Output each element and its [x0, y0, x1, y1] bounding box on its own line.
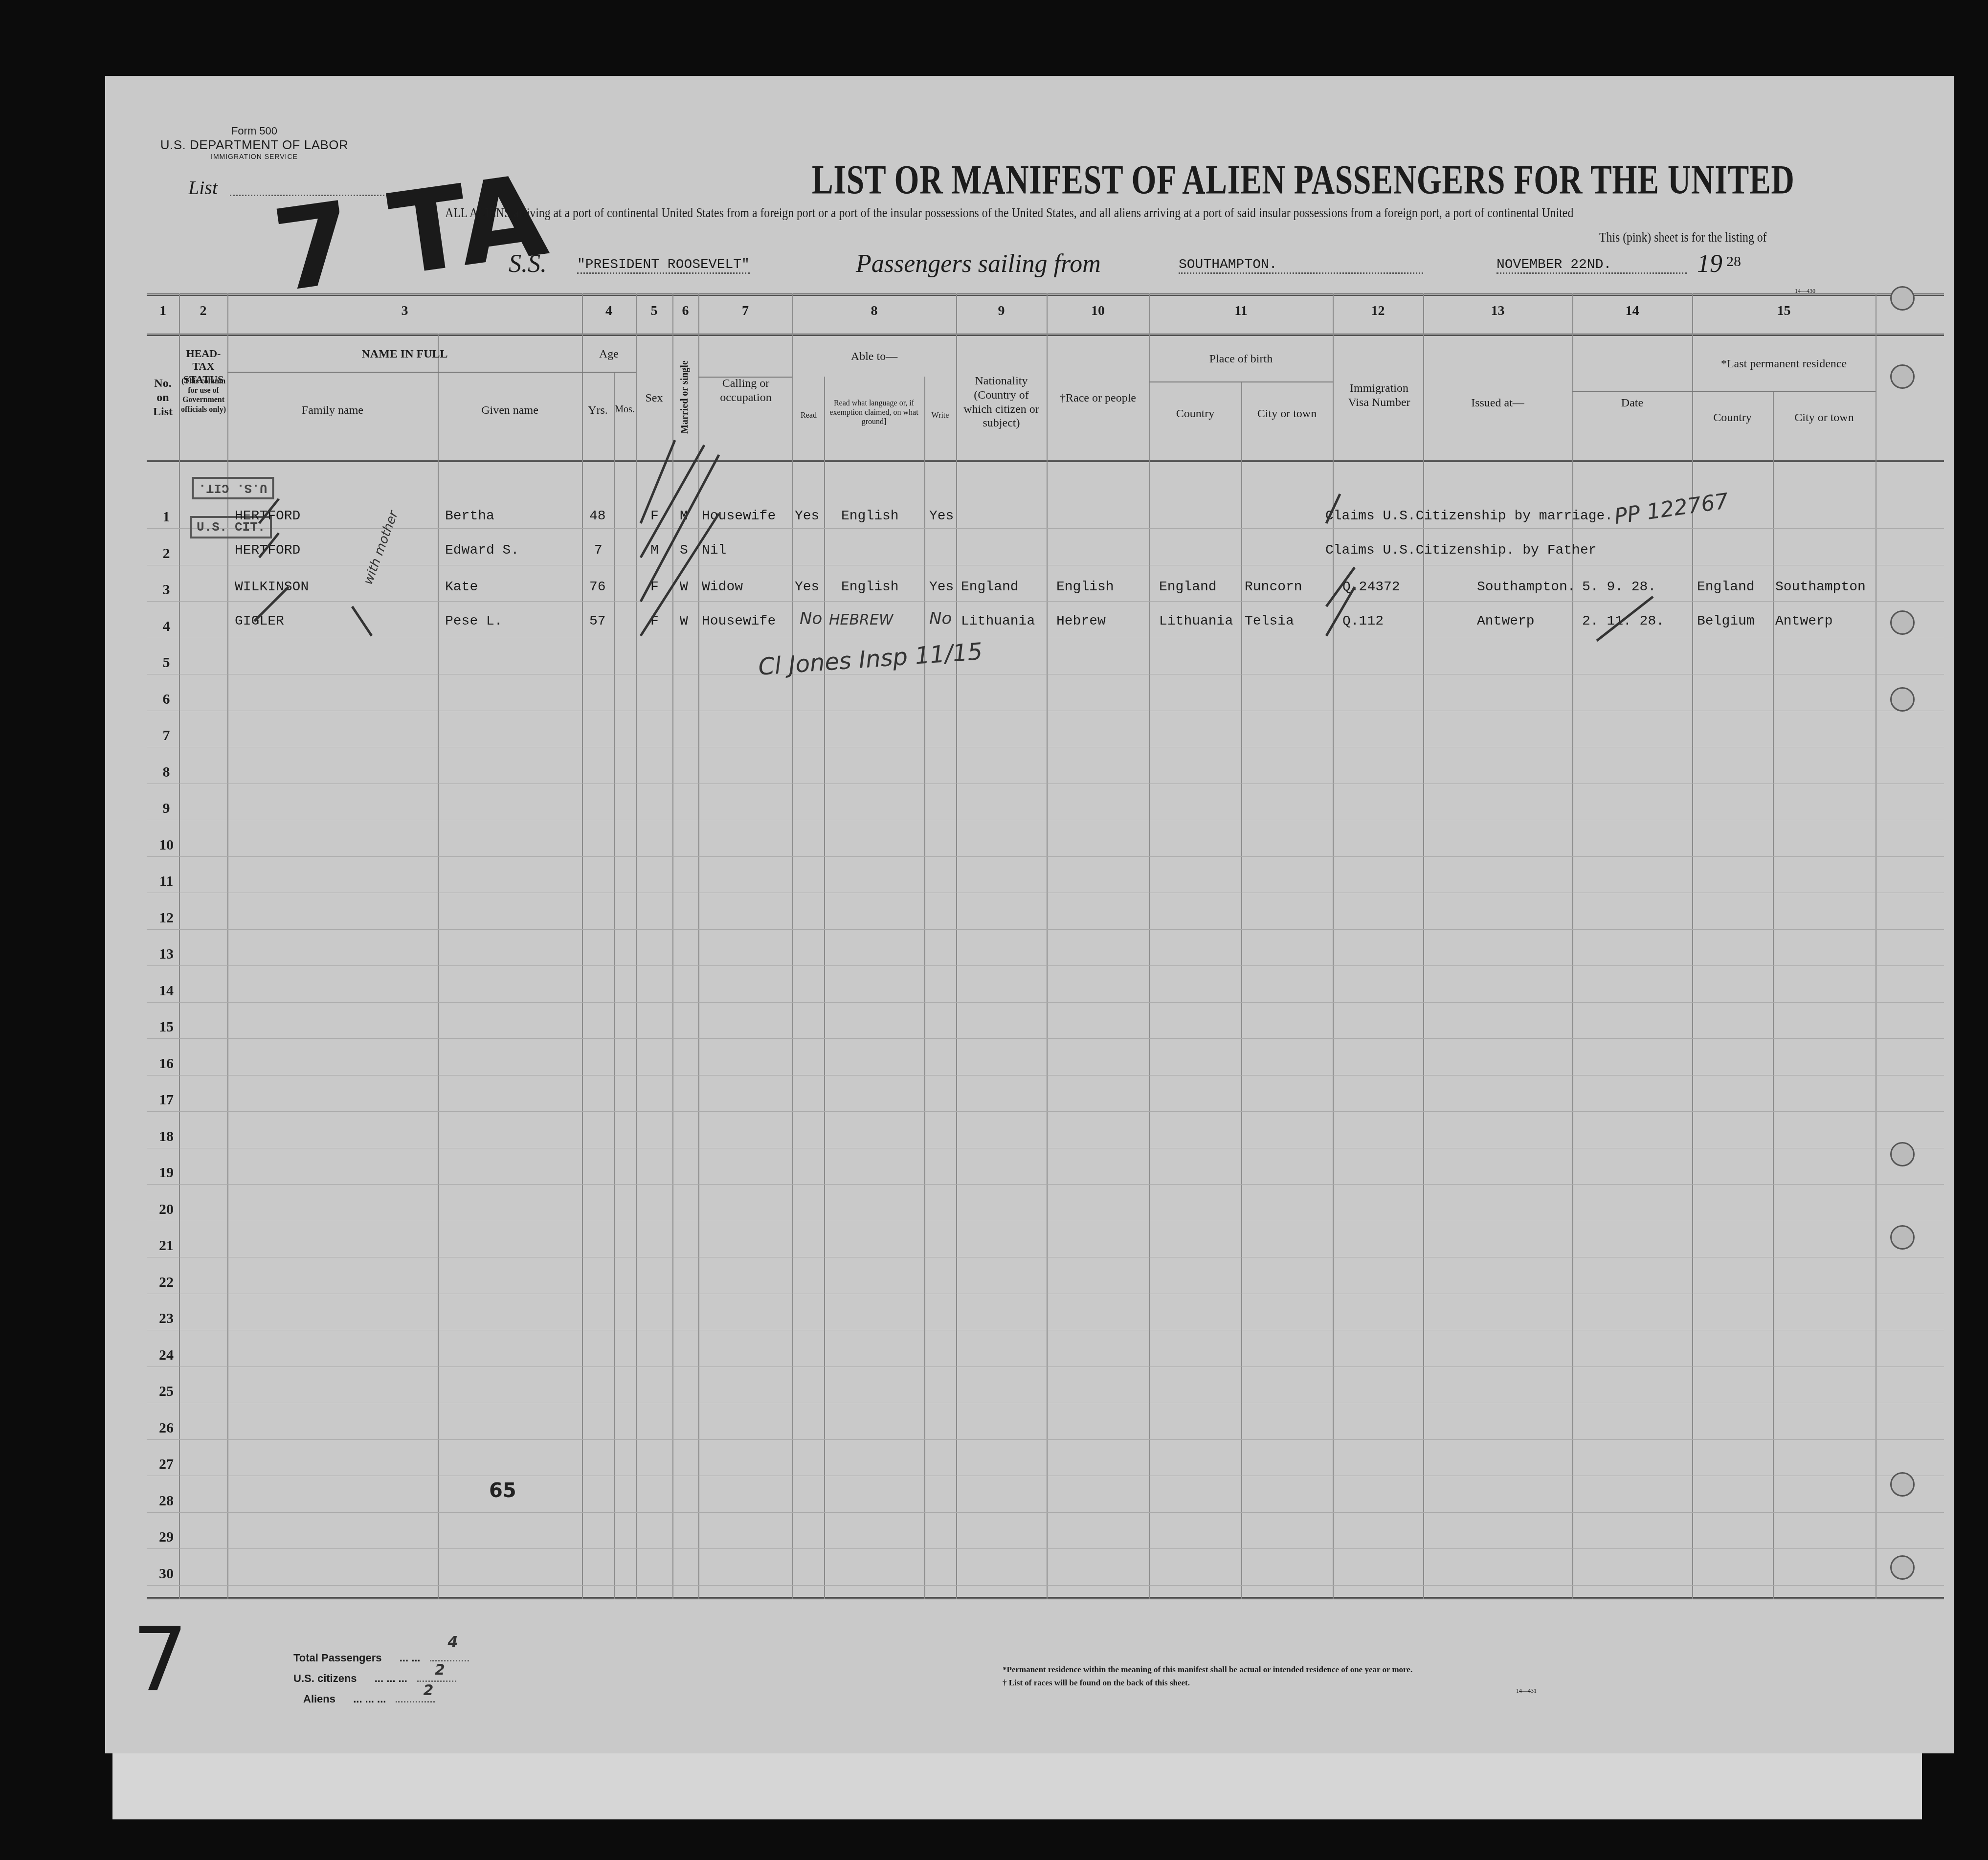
form-number: Form 500 — [152, 125, 357, 137]
row-rule — [147, 747, 1944, 747]
row-rule — [147, 1367, 1944, 1367]
binder-hole — [1890, 1472, 1915, 1497]
row-number: 15 — [147, 1019, 186, 1035]
binder-hole — [1890, 286, 1915, 311]
subtitle-line-1: ALL ALIENS arriving at a port of contine… — [445, 205, 1573, 221]
row-rule — [147, 1221, 1944, 1221]
row-number: 9 — [147, 800, 186, 817]
aliens-value: 2 — [424, 1682, 434, 1699]
row-number: 30 — [147, 1566, 186, 1582]
row-number: 16 — [147, 1055, 186, 1072]
year-prefix: 19 — [1697, 249, 1722, 278]
row-number: 19 — [147, 1165, 186, 1181]
page-stamp-number: 65 — [489, 1479, 516, 1502]
row-rule — [147, 1548, 1944, 1549]
print-code-bottom: 14—431 — [1516, 1687, 1537, 1695]
handwritten-check-marks — [147, 293, 1944, 734]
binder-hole — [1890, 687, 1915, 712]
binder-hole — [1890, 1142, 1915, 1166]
binder-hole — [1890, 1225, 1915, 1250]
row-number: 29 — [147, 1529, 186, 1546]
row-rule — [147, 1148, 1944, 1148]
rule — [147, 1597, 1944, 1599]
row-rule — [147, 1512, 1944, 1513]
row-rule — [147, 1184, 1944, 1185]
sailing-label: Passengers sailing from — [856, 249, 1101, 278]
row-rule — [147, 1476, 1944, 1476]
row-number: 26 — [147, 1420, 186, 1436]
row-number: 24 — [147, 1347, 186, 1364]
row-number: 11 — [147, 873, 186, 890]
row-number: 14 — [147, 983, 186, 999]
row-rule — [147, 1294, 1944, 1294]
row-number: 13 — [147, 946, 186, 963]
row-rule — [147, 820, 1944, 820]
aliens-row: Aliens ... ... ... 2 — [303, 1689, 433, 1706]
department: U.S. DEPARTMENT OF LABOR — [152, 137, 357, 153]
row-number: 22 — [147, 1274, 186, 1291]
row-number: 28 — [147, 1493, 186, 1509]
service: IMMIGRATION SERVICE — [152, 153, 357, 160]
row-number: 8 — [147, 764, 186, 781]
row-rule — [147, 856, 1944, 857]
row-number: 18 — [147, 1128, 186, 1145]
row-rule — [147, 1111, 1944, 1112]
row-rule — [147, 1075, 1944, 1076]
row-number: 17 — [147, 1092, 186, 1108]
subtitle-line-2: This (pink) sheet is for the listing of — [1599, 230, 1766, 245]
row-rule — [147, 1330, 1944, 1330]
ship-name: "PRESIDENT ROOSEVELT" — [577, 257, 750, 274]
row-number: 20 — [147, 1201, 186, 1218]
ship-prefix: S.S. — [509, 249, 547, 278]
footnote-list-of-races: † List of races will be found on the bac… — [1003, 1676, 1412, 1689]
year-suffix: 28 — [1726, 253, 1741, 270]
row-rule — [147, 965, 1944, 966]
row-number: 21 — [147, 1237, 186, 1254]
total-passengers-row: Total Passengers ... ... 4 — [293, 1648, 458, 1665]
list-label: List — [188, 176, 218, 199]
row-rule — [147, 1403, 1944, 1403]
form-identifier: Form 500 U.S. DEPARTMENT OF LABOR IMMIGR… — [152, 125, 357, 160]
row-rule — [147, 893, 1944, 893]
total-passengers-value: 4 — [448, 1634, 458, 1651]
row-rule — [147, 784, 1944, 784]
footnote-permanent-residence: *Permanent residence within the meaning … — [1003, 1663, 1412, 1676]
row-rule — [147, 1038, 1944, 1039]
total-passengers-label: Total Passengers — [293, 1652, 382, 1664]
row-rule — [147, 1439, 1944, 1440]
sailing-port: SOUTHAMPTON. — [1179, 257, 1423, 274]
binder-hole — [1890, 1555, 1915, 1580]
row-rule — [147, 1002, 1944, 1003]
row-rule — [147, 1585, 1944, 1586]
document-title: LIST OR MANIFEST OF ALIEN PASSENGERS FOR… — [812, 157, 1795, 204]
row-number: 10 — [147, 837, 186, 853]
footnotes: *Permanent residence within the meaning … — [1003, 1663, 1412, 1689]
us-citizens-row: U.S. citizens ... ... ... 2 — [293, 1669, 445, 1686]
binder-hole — [1890, 364, 1915, 389]
aliens-label: Aliens — [303, 1693, 335, 1705]
binder-hole — [1890, 610, 1915, 635]
row-number: 25 — [147, 1383, 186, 1400]
sailing-date: NOVEMBER 22ND. — [1497, 257, 1687, 274]
row-number: 27 — [147, 1456, 186, 1473]
manifest-table: 1 2 3 4 5 6 7 8 9 10 11 12 13 14 15 No. … — [147, 293, 1944, 1599]
margin-handwritten-number: 7 — [132, 1609, 188, 1711]
row-rule — [147, 929, 1944, 930]
row-number: 12 — [147, 910, 186, 926]
us-citizens-label: U.S. citizens — [293, 1672, 357, 1684]
row-rule — [147, 1257, 1944, 1257]
row-number: 23 — [147, 1310, 186, 1327]
us-citizens-value: 2 — [435, 1661, 445, 1679]
